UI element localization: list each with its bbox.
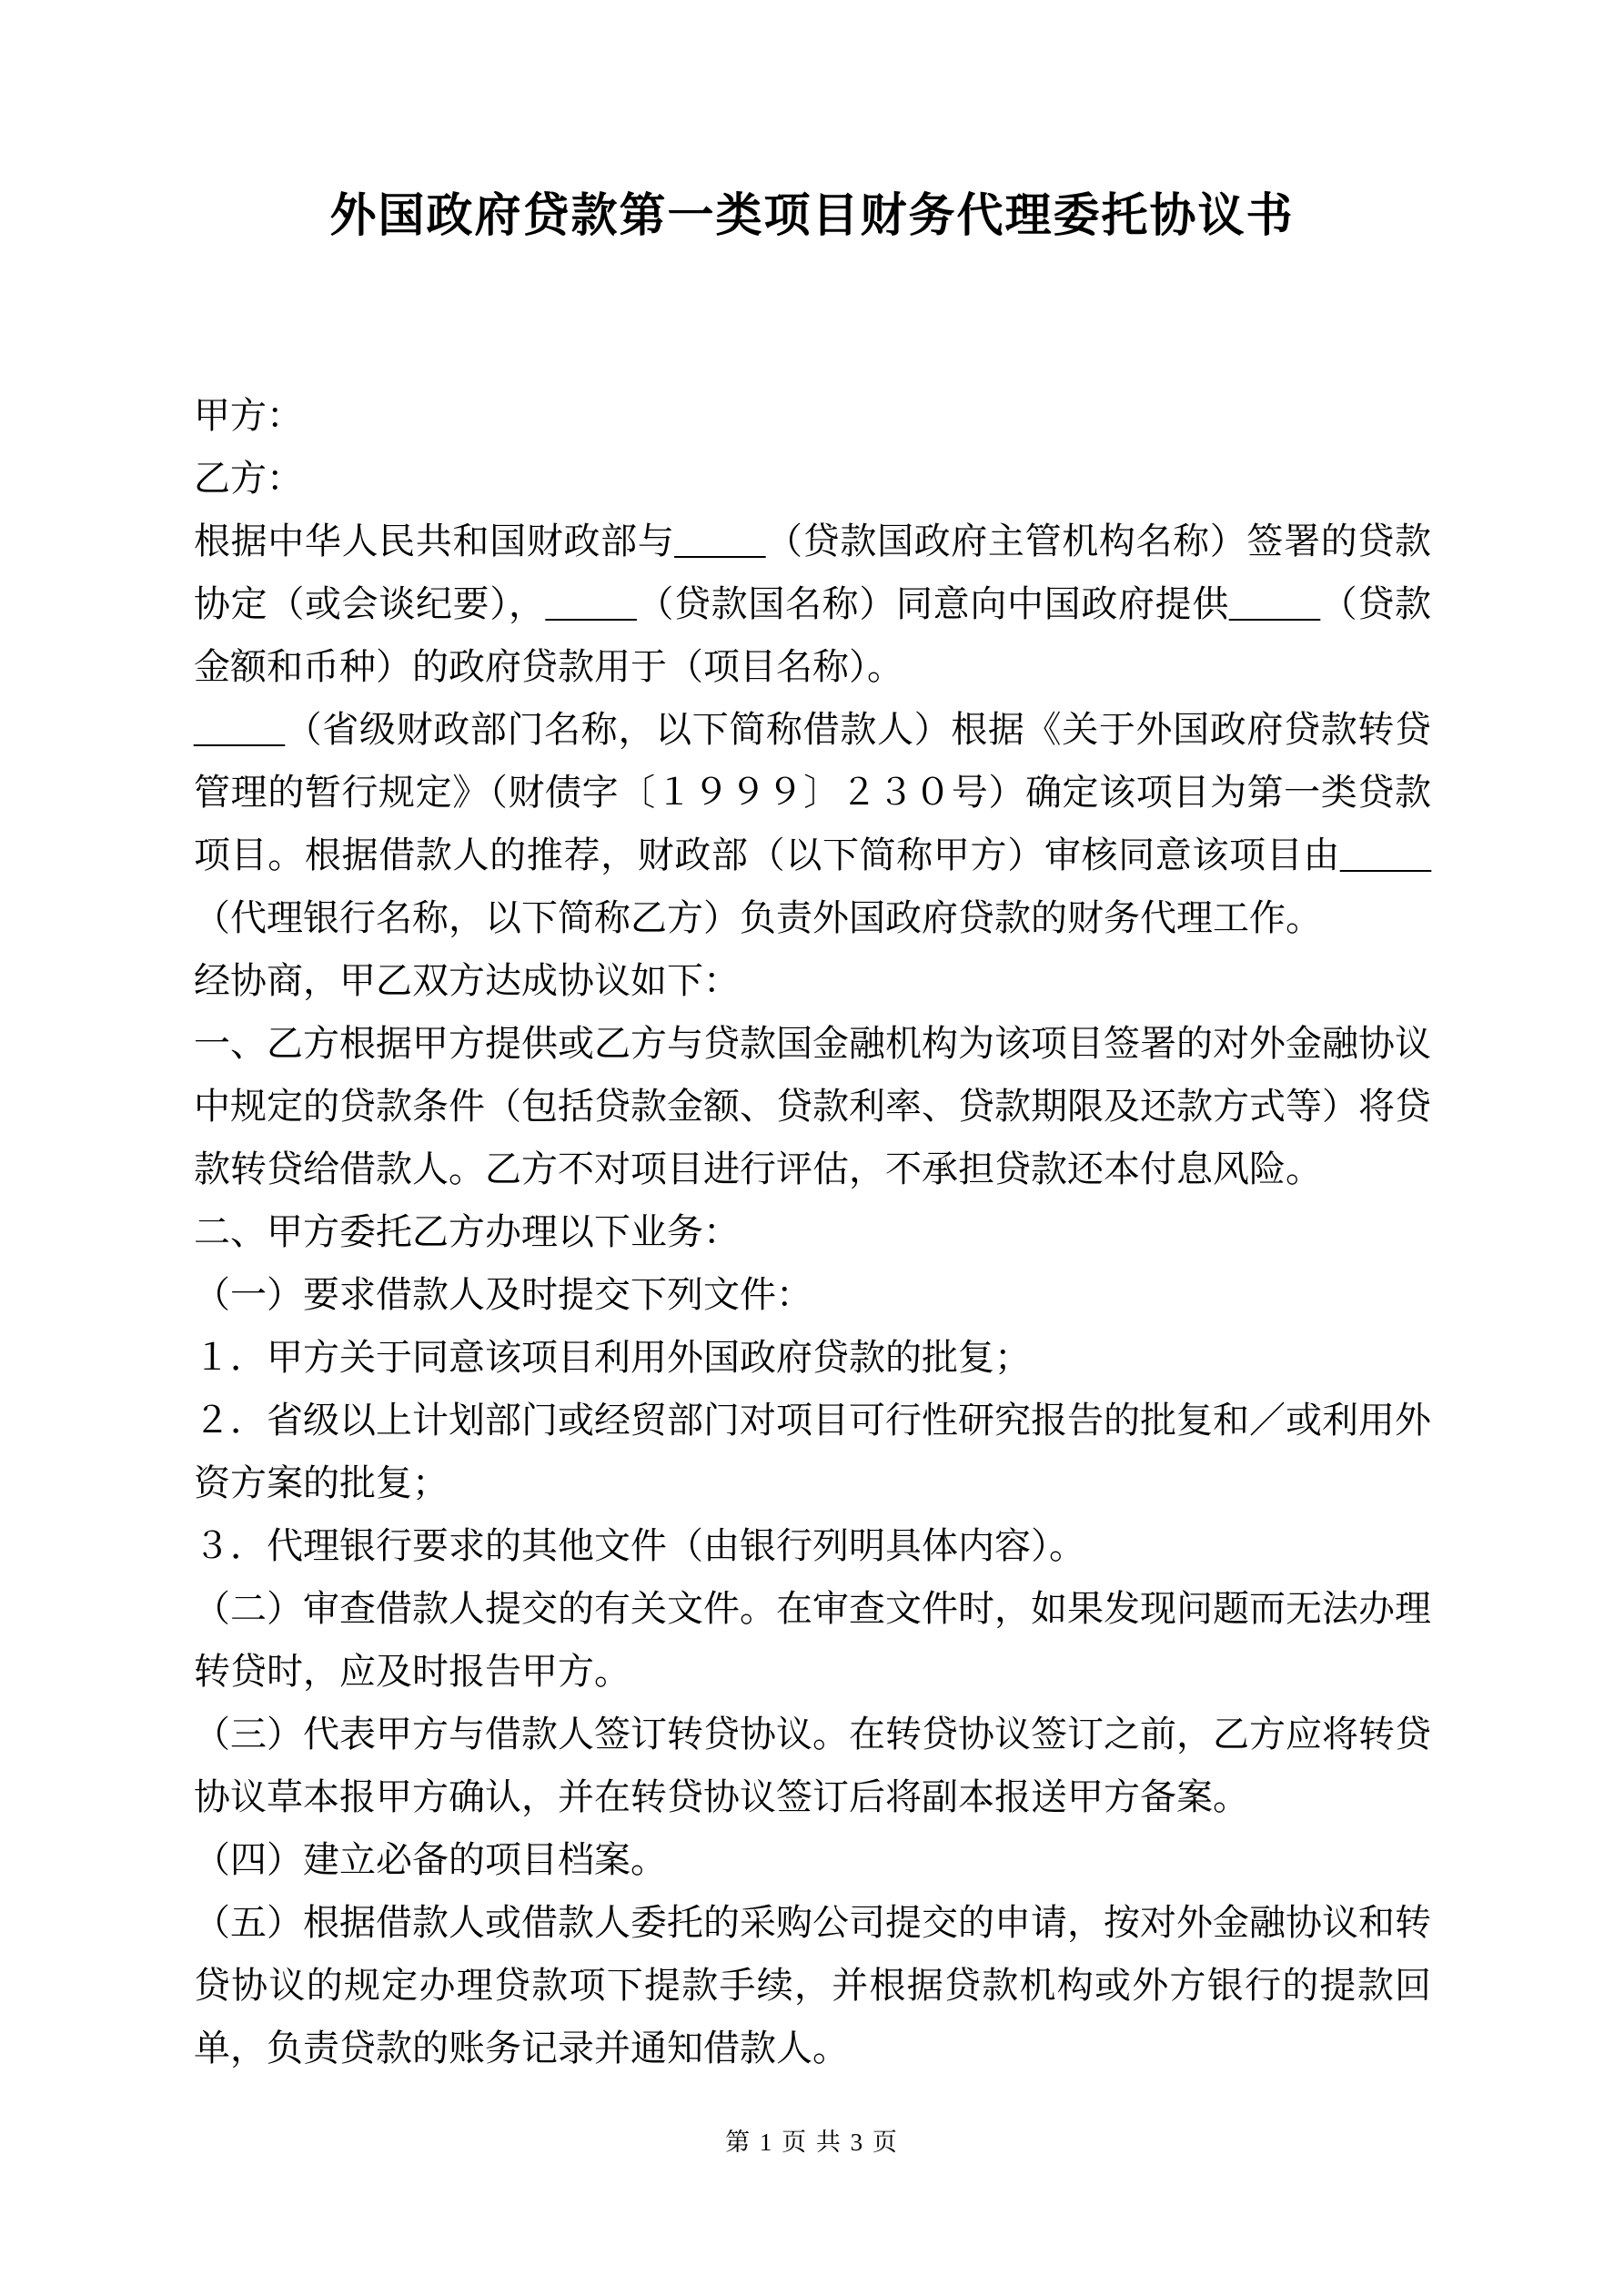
clause-2-2: （二）审查借款人提交的有关文件。在审查文件时，如果发现问题而无法办理转贷时，应及… (194, 1577, 1431, 1703)
clause-2: 二、甲方委托乙方办理以下业务： (194, 1200, 1431, 1263)
clause-2-5: （五）根据借款人或借款人委托的采购公司提交的申请，按对外金融协议和转贷协议的规定… (194, 1891, 1431, 2079)
clause-2-1: （一）要求借款人及时提交下列文件： (194, 1263, 1431, 1326)
item-2-1-3: ３．代理银行要求的其他文件（由银行列明具体内容）。 (194, 1514, 1431, 1577)
clause-1: 一、乙方根据甲方提供或乙方与贷款国金融机构为该项目签署的对外金融协议中规定的贷款… (194, 1012, 1431, 1200)
page-number-footer: 第 1 页 共 3 页 (0, 2122, 1624, 2158)
paragraph-borrower-designation: _____（省级财政部门名称，以下简称借款人）根据《关于外国政府贷款转贷管理的暂… (194, 698, 1431, 949)
paragraph-agreement-intro: 经协商，甲乙双方达成协议如下： (194, 949, 1431, 1012)
document-page: 外国政府贷款第一类项目财务代理委托协议书 甲方： 乙方： 根据中华人民共和国财政… (0, 0, 1624, 2296)
clause-2-4: （四）建立必备的项目档案。 (194, 1828, 1431, 1891)
clause-2-3: （三）代表甲方与借款人签订转贷协议。在转贷协议签订之前，乙方应将转贷协议草本报甲… (194, 1703, 1431, 1828)
item-2-1-2: ２．省级以上计划部门或经贸部门对项目可行性研究报告的批复和／或利用外资方案的批复… (194, 1389, 1431, 1514)
paragraph-party-a: 甲方： (194, 384, 1431, 447)
document-body: 甲方： 乙方： 根据中华人民共和国财政部与_____（贷款国政府主管机构名称）签… (194, 384, 1431, 2079)
paragraph-loan-basis: 根据中华人民共和国财政部与_____（贷款国政府主管机构名称）签署的贷款协定（或… (194, 510, 1431, 698)
document-title: 外国政府贷款第一类项目财务代理委托协议书 (0, 0, 1624, 244)
paragraph-party-b: 乙方： (194, 447, 1431, 510)
item-2-1-1: １．甲方关于同意该项目利用外国政府贷款的批复； (194, 1326, 1431, 1389)
